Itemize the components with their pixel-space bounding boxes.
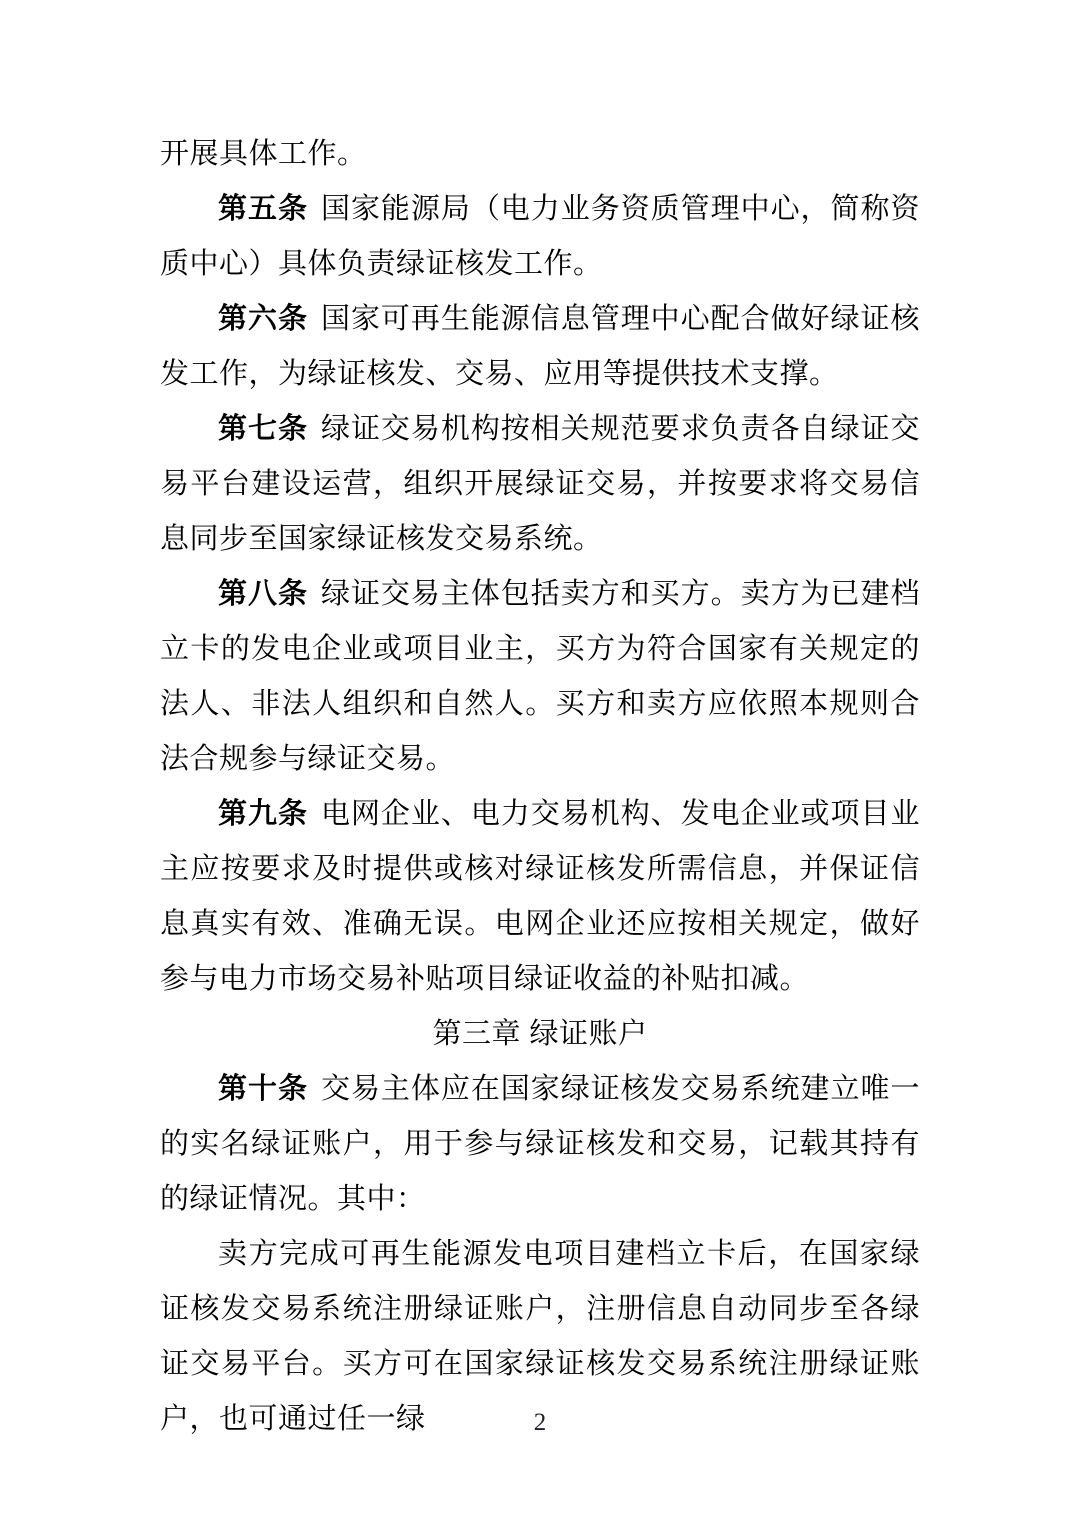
article-number-8: 第八条 bbox=[218, 578, 308, 610]
article-number-10: 第十条 bbox=[218, 1073, 308, 1105]
article-number-5: 第五条 bbox=[218, 193, 308, 225]
page-number: 2 bbox=[0, 1408, 1080, 1438]
document-page: 开展具体工作。 第五条国家能源局（电力业务资质管理中心，简称资质中心）具体负责绿… bbox=[0, 0, 1080, 1527]
article-number-7: 第七条 bbox=[218, 413, 308, 445]
document-body: 开展具体工作。 第五条国家能源局（电力业务资质管理中心，简称资质中心）具体负责绿… bbox=[160, 127, 920, 1447]
article-paragraph-5: 第五条国家能源局（电力业务资质管理中心，简称资质中心）具体负责绿证核发工作。 bbox=[160, 182, 920, 292]
article-paragraph-9: 第九条电网企业、电力交易机构、发电企业或项目业主应按要求及时提供或核对绿证核发所… bbox=[160, 787, 920, 1007]
article-paragraph-8: 第八条绿证交易主体包括卖方和买方。卖方为已建档立卡的发电企业或项目业主，买方为符… bbox=[160, 567, 920, 787]
article-number-6: 第六条 bbox=[218, 303, 308, 335]
chapter-heading: 第三章 绿证账户 bbox=[160, 1007, 920, 1062]
article-paragraph-6: 第六条国家可再生能源信息管理中心配合做好绿证核发工作，为绿证核发、交易、应用等提… bbox=[160, 292, 920, 402]
article-paragraph-10: 第十条交易主体应在国家绿证核发交易系统建立唯一的实名绿证账户，用于参与绿证核发和… bbox=[160, 1062, 920, 1227]
paragraph-continuation: 开展具体工作。 bbox=[160, 127, 920, 182]
article-paragraph-7: 第七条绿证交易机构按相关规范要求负责各自绿证交易平台建设运营，组织开展绿证交易，… bbox=[160, 402, 920, 567]
article-number-9: 第九条 bbox=[218, 798, 308, 830]
